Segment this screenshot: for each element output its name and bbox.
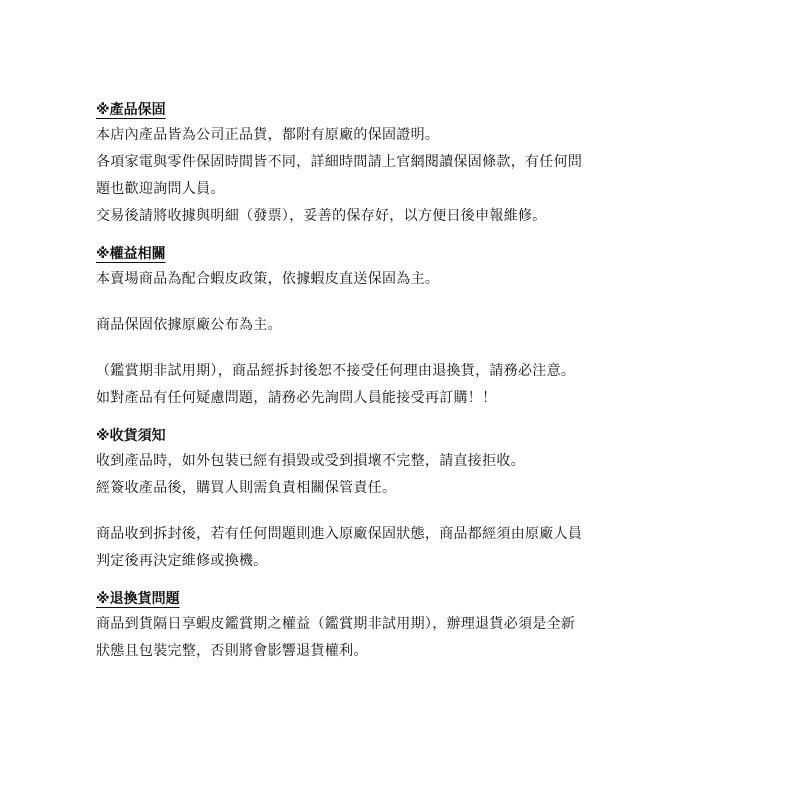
section-rights: ※權益相關 本賣場商品為配合蝦皮政策，依據蝦皮直送保固為主。 商品保固依據原廠公… (96, 242, 656, 412)
paragraph-line: 收到產品時，如外包裝已經有損毀或受到損壞不完整，請直接拒收。 (96, 448, 656, 475)
paragraph-line: 題也歡迎詢問人員。 (96, 176, 656, 203)
paragraph-gap (96, 293, 656, 312)
paragraph-line: 各項家電與零件保固時間皆不同，詳細時間請上官網閱讀保固條款，有任何問 (96, 149, 656, 176)
paragraph-gap (96, 339, 656, 358)
section-returns: ※退換貨問題 商品到貨隔日享蝦皮鑑賞期之權益（鑑賞期非試用期），辦理退貨必須是全… (96, 587, 656, 665)
section-heading-returns: ※退換貨問題 (96, 587, 180, 611)
paragraph-line: 商品收到拆封後，若有任何問題則進入原廠保固狀態，商品都經須由原廠人員 (96, 521, 656, 548)
paragraph-line: 本賣場商品為配合蝦皮政策，依據蝦皮直送保固為主。 (96, 266, 656, 293)
paragraph-line: 商品到貨隔日享蝦皮鑑賞期之權益（鑑賞期非試用期），辦理退貨必須是全新 (96, 611, 656, 638)
section-receiving: ※收貨須知 收到產品時，如外包裝已經有損毀或受到損壞不完整，請直接拒收。 經簽收… (96, 424, 656, 575)
section-heading-rights: ※權益相關 (96, 242, 166, 266)
paragraph-line: 商品保固依據原廠公布為主。 (96, 312, 656, 339)
section-heading-warranty: ※產品保固 (96, 98, 166, 122)
paragraph-line: 本店內產品皆為公司正品貨，都附有原廠的保固證明。 (96, 122, 656, 149)
paragraph-line: （鑑賞期非試用期），商品經拆封後恕不接受任何理由退換貨，請務必注意。 (96, 358, 656, 385)
paragraph-line: 判定後再決定維修或換機。 (96, 548, 656, 575)
policy-document: ※產品保固 本店內產品皆為公司正品貨，都附有原廠的保固證明。 各項家電與零件保固… (96, 98, 656, 677)
paragraph-line: 交易後請將收據與明細（發票），妥善的保存好，以方便日後申報維修。 (96, 203, 656, 230)
section-warranty: ※產品保固 本店內產品皆為公司正品貨，都附有原廠的保固證明。 各項家電與零件保固… (96, 98, 656, 230)
paragraph-gap (96, 502, 656, 521)
paragraph-line: 狀態且包裝完整，否則將會影響退貨權利。 (96, 638, 656, 665)
paragraph-line: 經簽收產品後，購買人則需負責相關保管責任。 (96, 475, 656, 502)
paragraph-line: 如對產品有任何疑慮問題，請務必先詢問人員能接受再訂購！！ (96, 385, 656, 412)
section-heading-receiving: ※收貨須知 (96, 424, 166, 448)
